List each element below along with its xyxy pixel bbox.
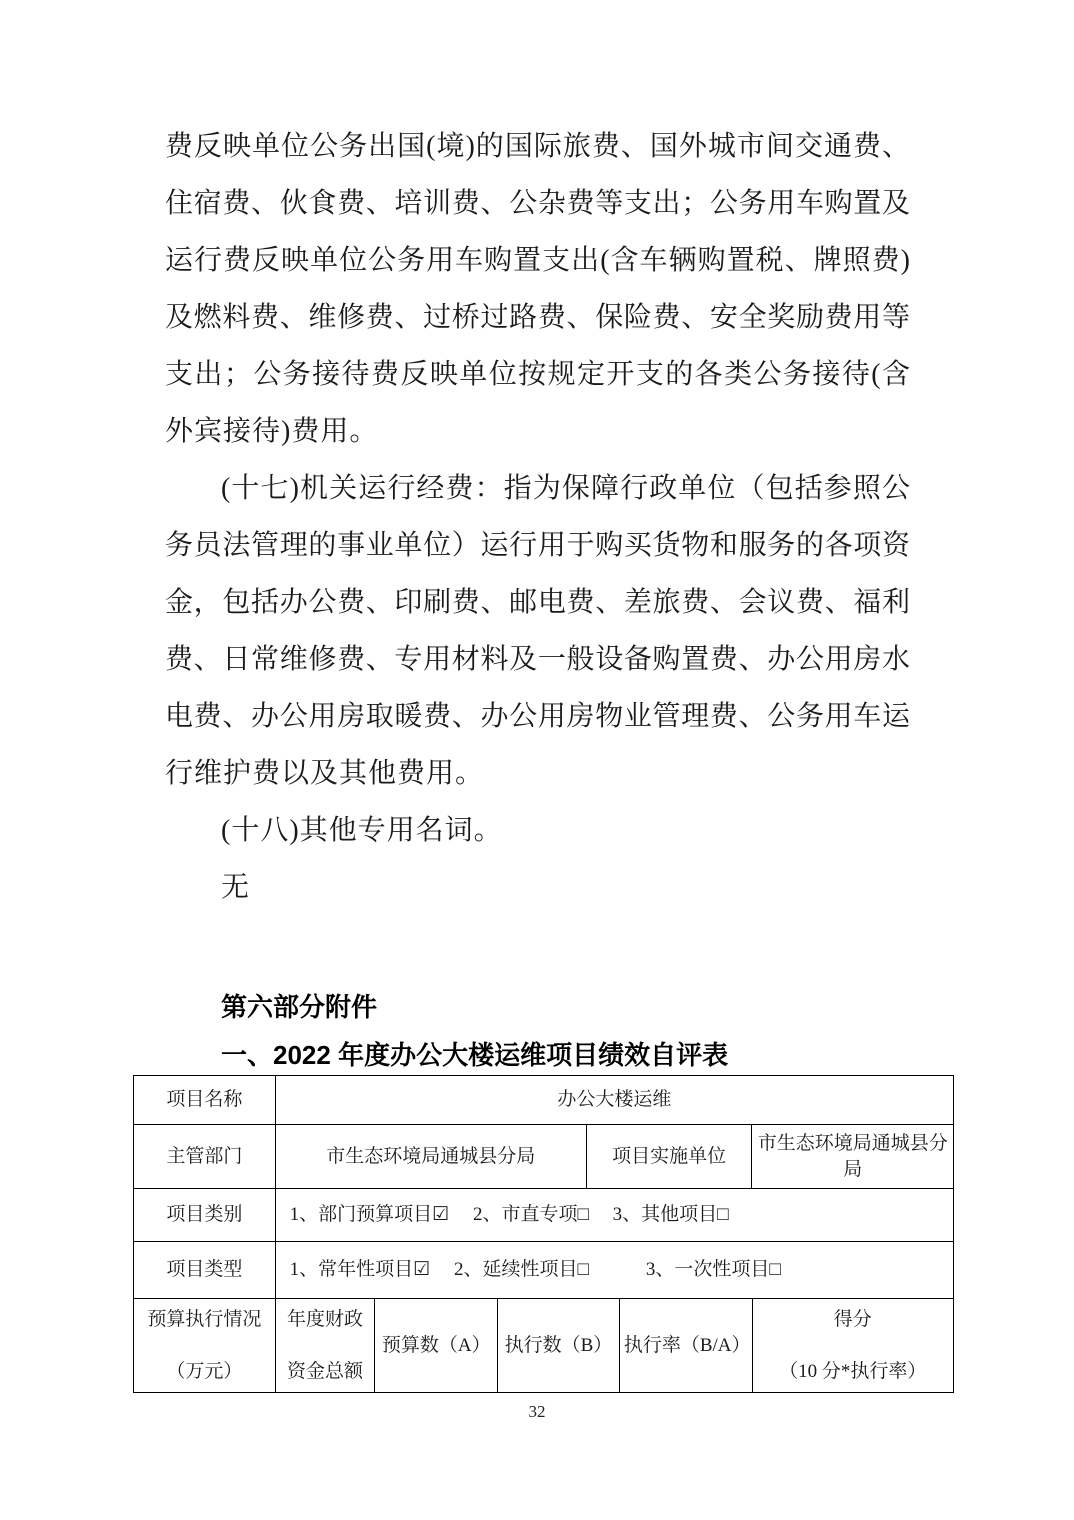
table-row-project-name: 项目名称 办公大楼运维 — [134, 1076, 953, 1125]
table-title-heading: 一、2022 年度办公大楼运维项目绩效自评表 — [165, 1030, 981, 1080]
budget-execution-label-line1: 预算执行情况 — [147, 1307, 261, 1333]
execution-b-header: 执行数（B） — [498, 1299, 620, 1392]
body-line: 行维护费以及其他费用。 — [165, 745, 910, 802]
table-row-project-category: 项目类别 1、部门预算项目☑ 2、市直专项□ 3、其他项目□ — [134, 1189, 953, 1242]
page-number: 32 — [0, 1402, 1074, 1422]
project-category-label: 项目类别 — [134, 1189, 276, 1241]
annual-fund-header-line2: 资金总额 — [287, 1359, 363, 1385]
execution-rate-header: 执行率（B/A） — [620, 1299, 753, 1392]
budget-a-header: 预算数（A） — [375, 1299, 498, 1392]
project-category-options: 1、部门预算项目☑ 2、市直专项□ 3、其他项目□ — [276, 1189, 953, 1241]
part-six-heading: 第六部分附件 — [165, 982, 981, 1032]
body-line: 电费、办公用房取暖费、办公用房物业管理费、公务用车运 — [165, 688, 910, 745]
body-text-block: 费反映单位公务出国(境)的国际旅费、国外城市间交通费、 住宿费、伙食费、培训费、… — [165, 118, 910, 916]
body-line: 支出；公务接待费反映单位按规定开支的各类公务接待(含 — [165, 346, 910, 403]
department-value: 市生态环境局通城县分局 — [276, 1125, 587, 1188]
budget-execution-label-line2: （万元） — [166, 1359, 242, 1385]
document-page: 费反映单位公务出国(境)的国际旅费、国外城市间交通费、 住宿费、伙食费、培训费、… — [0, 0, 1074, 1520]
department-label: 主管部门 — [134, 1125, 276, 1188]
implementing-unit-label: 项目实施单位 — [587, 1125, 753, 1188]
body-line: 及燃料费、维修费、过桥过路费、保险费、安全奖励费用等 — [165, 289, 910, 346]
body-line: 费、日常维修费、专用材料及一般设备购置费、办公用房水 — [165, 631, 910, 688]
table-row-department: 主管部门 市生态环境局通城县分局 项目实施单位 市生态环境局通城县分局 — [134, 1125, 953, 1189]
body-line: (十七)机关运行经费：指为保障行政单位（包括参照公 — [165, 460, 910, 517]
body-line: 无 — [165, 859, 910, 916]
score-header: 得分 （10 分*执行率） — [753, 1299, 954, 1392]
annual-fund-header: 年度财政 资金总额 — [276, 1299, 376, 1392]
body-line: 务员法管理的事业单位）运行用于购买货物和服务的各项资 — [165, 517, 910, 574]
body-line: 住宿费、伙食费、培训费、公杂费等支出；公务用车购置及 — [165, 175, 910, 232]
annual-fund-header-line1: 年度财政 — [287, 1307, 363, 1333]
body-line: 费反映单位公务出国(境)的国际旅费、国外城市间交通费、 — [165, 118, 910, 175]
project-name-label: 项目名称 — [134, 1076, 276, 1124]
body-line: 运行费反映单位公务用车购置支出(含车辆购置税、牌照费) — [165, 232, 910, 289]
score-header-line2: （10 分*执行率） — [779, 1359, 926, 1385]
project-type-options: 1、常年性项目☑ 2、延续性项目□ 3、一次性项目□ — [276, 1242, 953, 1298]
project-name-value: 办公大楼运维 — [276, 1076, 953, 1124]
body-line: 外宾接待)费用。 — [165, 403, 910, 460]
implementing-unit-value: 市生态环境局通城县分局 — [752, 1125, 953, 1188]
body-line: 金，包括办公费、印刷费、邮电费、差旅费、会议费、福利 — [165, 574, 910, 631]
self-evaluation-table: 项目名称 办公大楼运维 主管部门 市生态环境局通城县分局 项目实施单位 市生态环… — [133, 1075, 954, 1393]
score-header-line1: 得分 — [834, 1307, 872, 1333]
project-type-label: 项目类型 — [134, 1242, 276, 1298]
body-line: (十八)其他专用名词。 — [165, 802, 910, 859]
table-row-budget-execution: 预算执行情况 （万元） 年度财政 资金总额 预算数（A） 执行数（B） 执行率（… — [134, 1299, 953, 1392]
table-row-project-type: 项目类型 1、常年性项目☑ 2、延续性项目□ 3、一次性项目□ — [134, 1242, 953, 1299]
budget-execution-label: 预算执行情况 （万元） — [134, 1299, 276, 1392]
